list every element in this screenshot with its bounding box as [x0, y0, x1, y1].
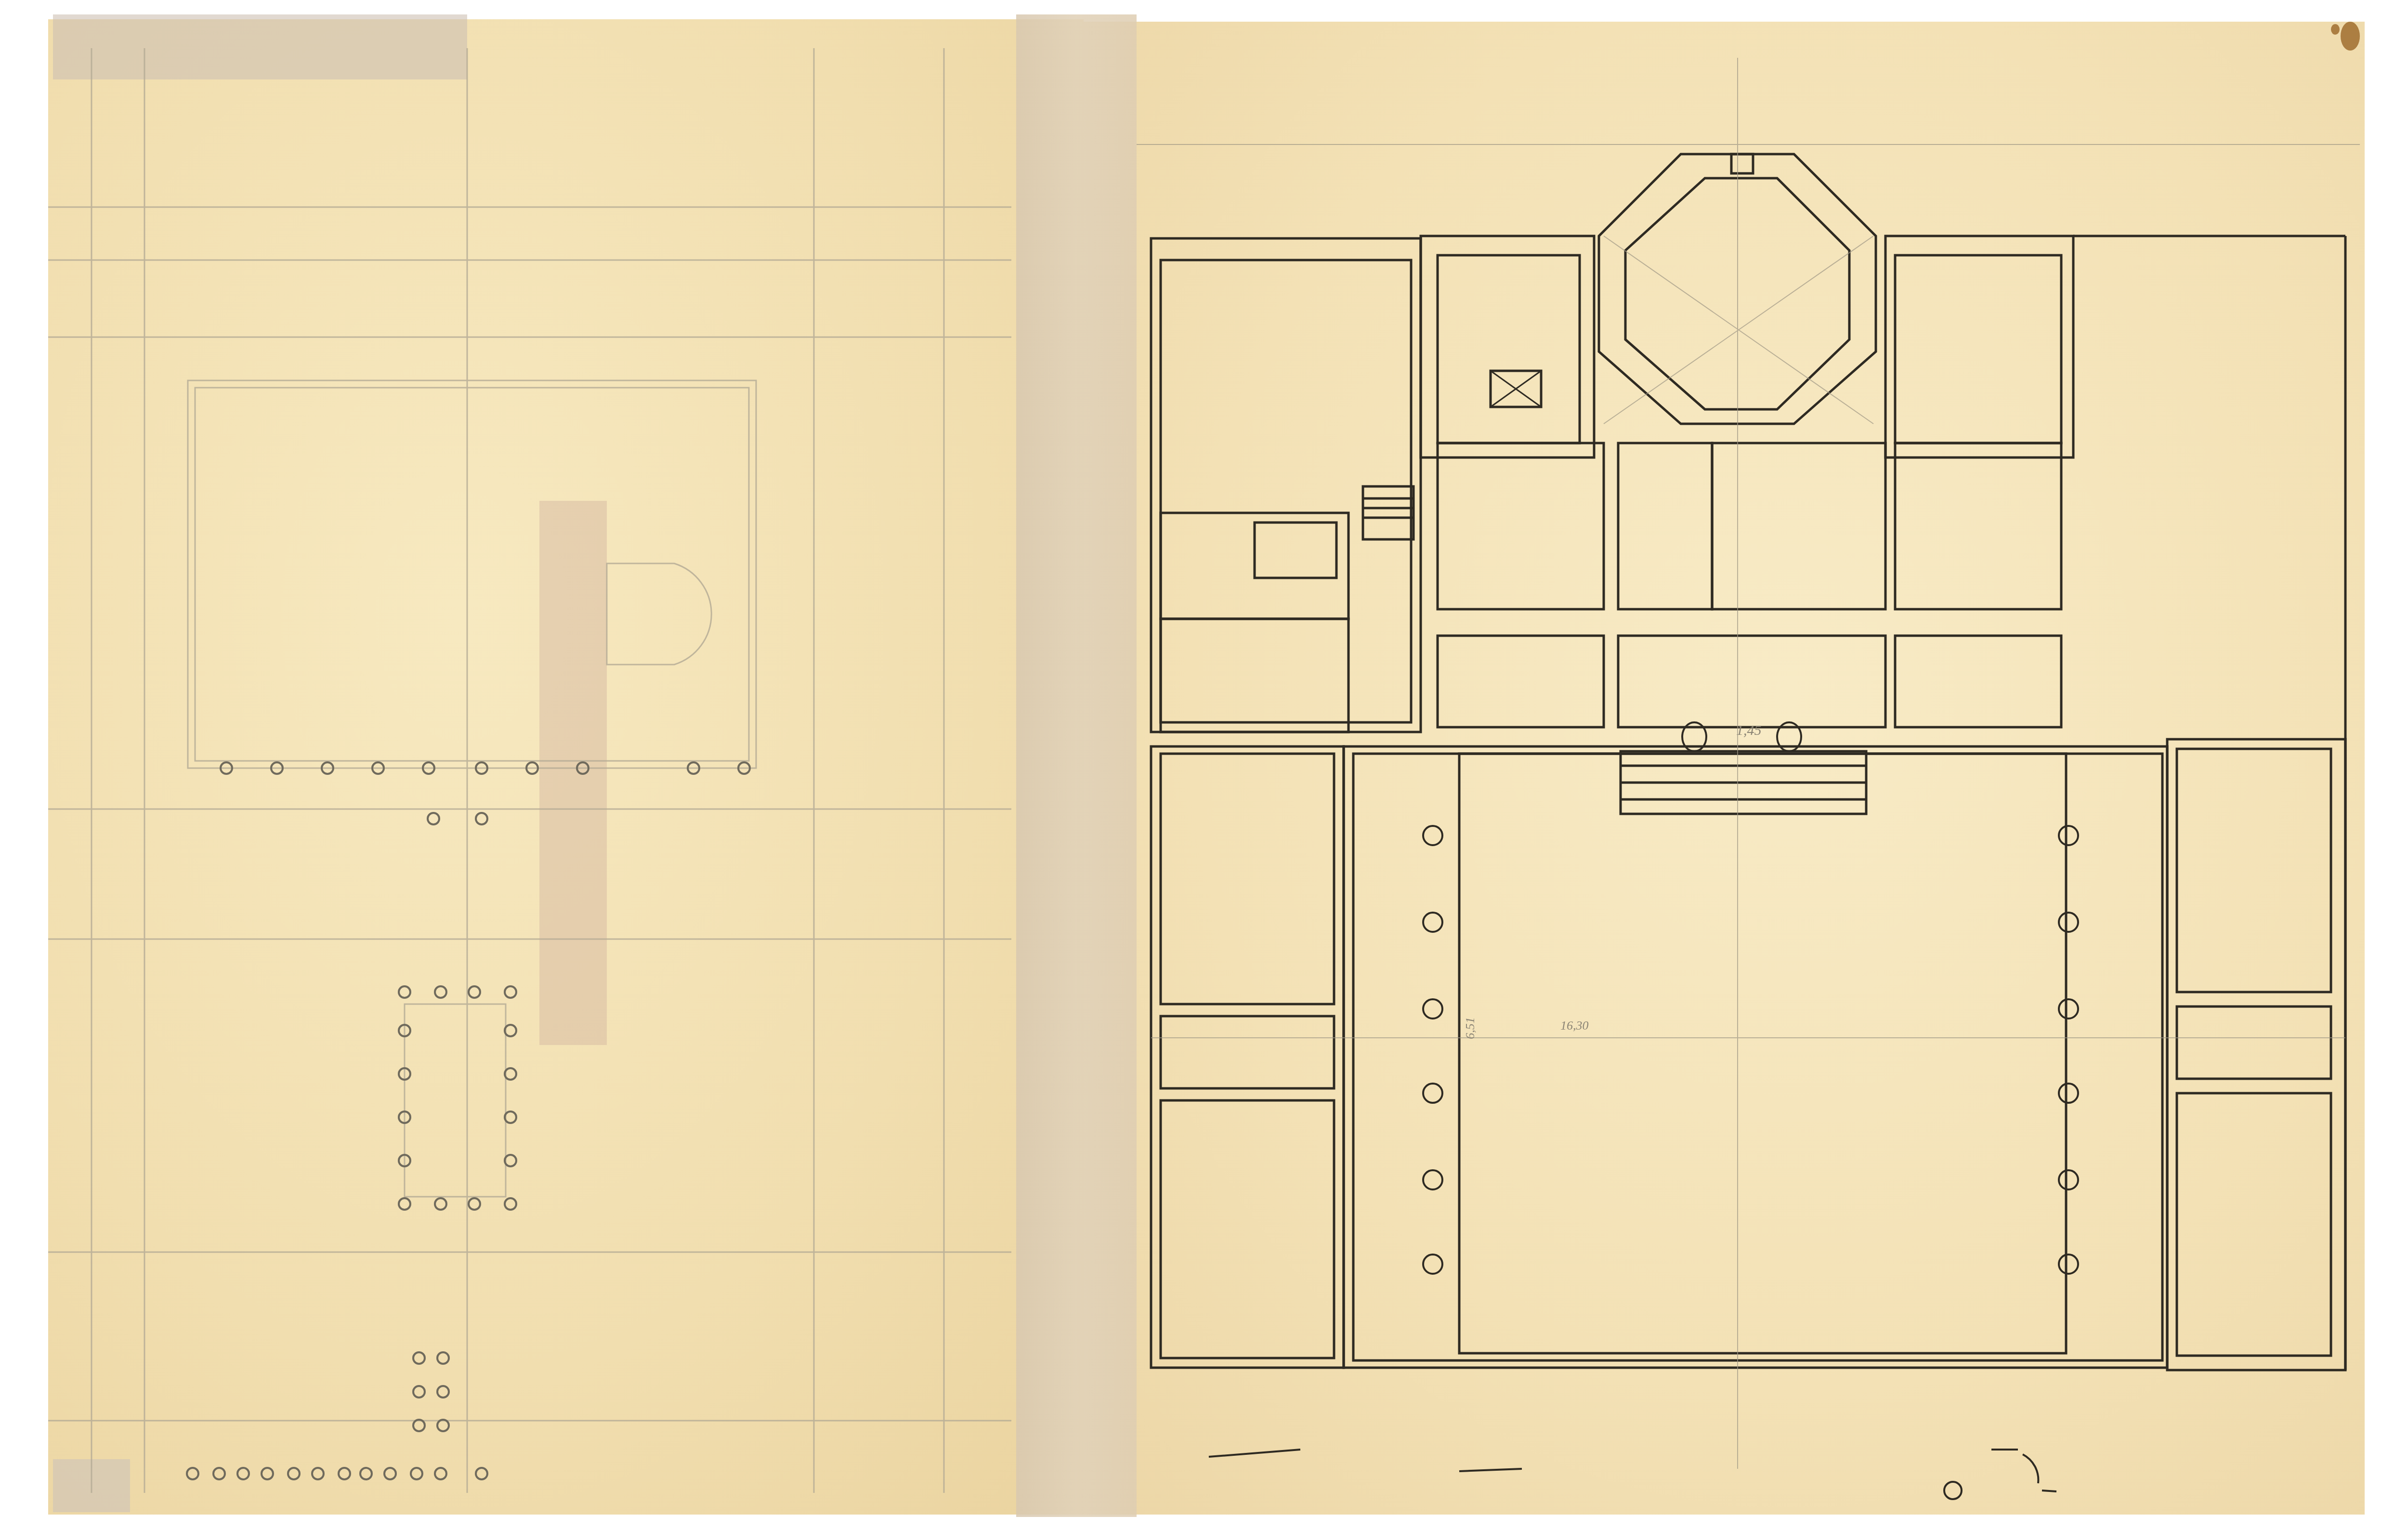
- right-ink-floor-plan: [0, 0, 2408, 1529]
- courtyard-rotated-annotation: 6,51: [1463, 1017, 1478, 1039]
- portico-dimension-annotation: 1,45: [1736, 722, 1762, 739]
- courtyard-width-annotation: 16,30: [1560, 1019, 1589, 1033]
